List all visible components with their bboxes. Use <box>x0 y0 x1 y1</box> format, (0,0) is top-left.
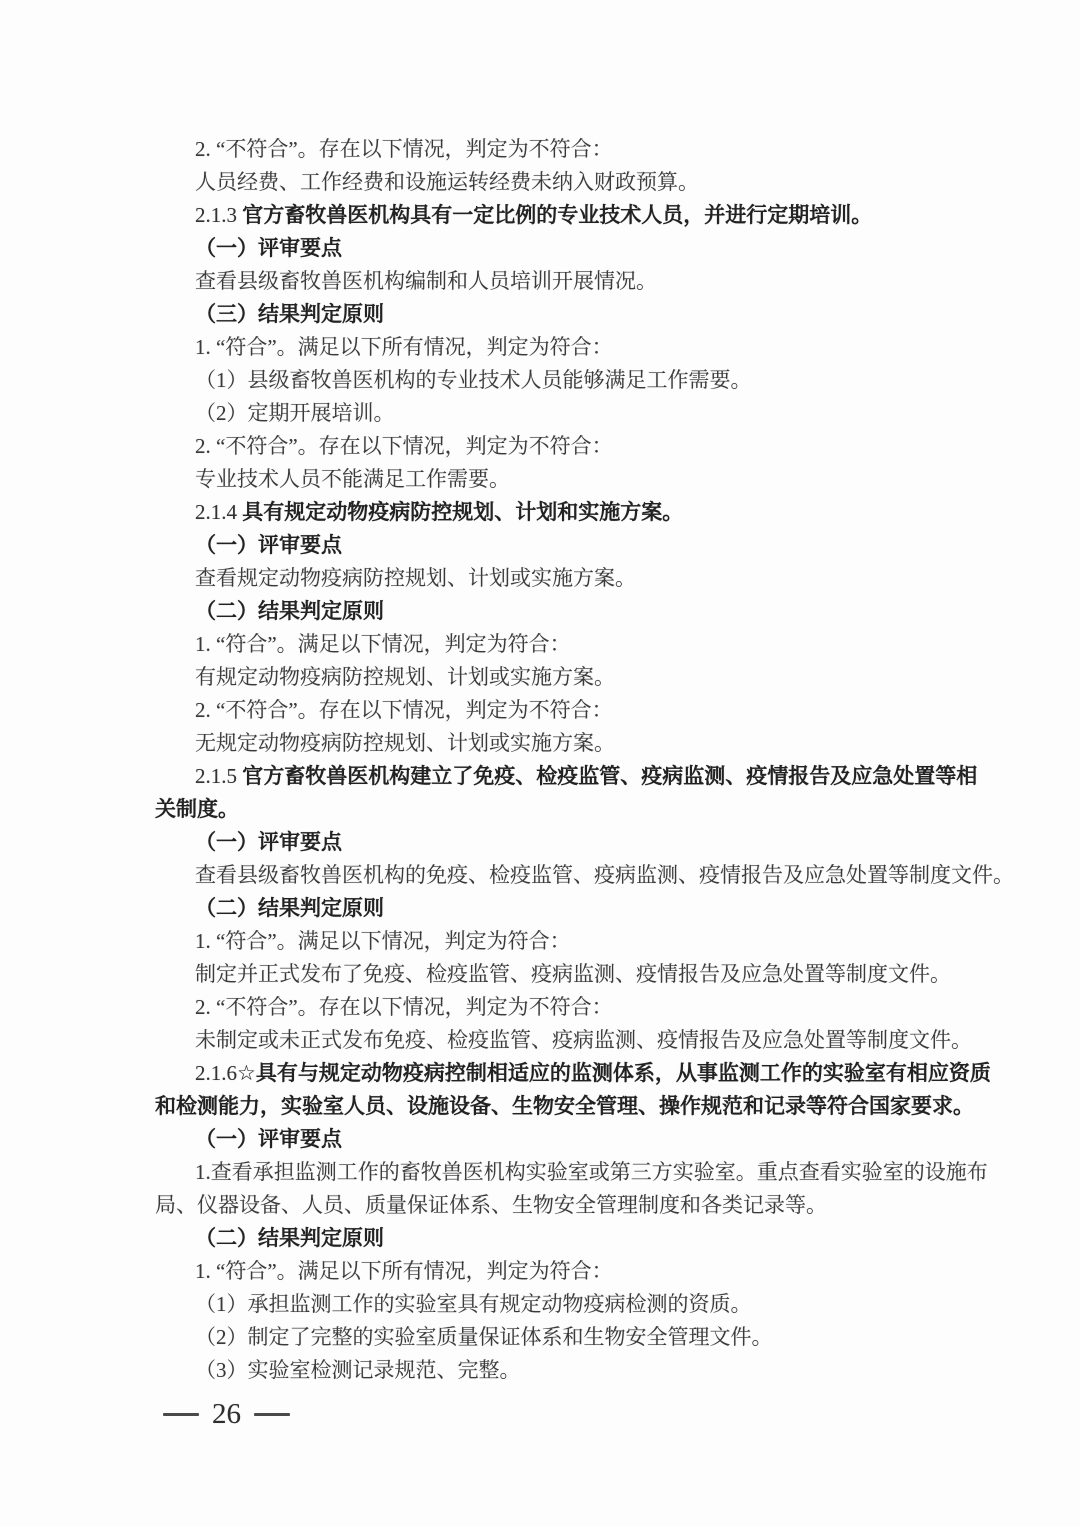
text-line: 局、仪器设备、人员、质量保证体系、生物安全管理制度和各类记录等。 <box>155 1189 945 1222</box>
item-number: 2.1.5 <box>195 764 242 788</box>
text-line: （二）结果判定原则 <box>155 892 945 925</box>
text-line: 1. “符合”。满足以下情况，判定为符合： <box>155 925 945 958</box>
text-line: 查看规定动物疫病防控规划、计划或实施方案。 <box>155 562 945 595</box>
text-line: （三）结果判定原则 <box>155 298 945 331</box>
item-title: 官方畜牧兽医机构具有一定比例的专业技术人员，并进行定期培训。 <box>242 204 872 227</box>
text-line: 未制定或未正式发布免疫、检疫监管、疫病监测、疫情报告及应急处置等制度文件。 <box>155 1024 945 1057</box>
item-title: 具有规定动物疫病防控规划、计划和实施方案。 <box>242 501 683 524</box>
text-line: 无规定动物疫病防控规划、计划或实施方案。 <box>155 727 945 760</box>
item-number: 2.1.4 <box>195 500 242 524</box>
document-body: 2. “不符合”。存在以下情况，判定为不符合：人员经费、工作经费和设施运转经费未… <box>155 133 945 1387</box>
text-line: 1. “符合”。满足以下所有情况，判定为符合： <box>155 331 945 364</box>
text-line: 2. “不符合”。存在以下情况，判定为不符合： <box>155 430 945 463</box>
text-line: （一）评审要点 <box>155 1123 945 1156</box>
text-line: 制定并正式发布了免疫、检疫监管、疫病监测、疫情报告及应急处置等制度文件。 <box>155 958 945 991</box>
text-line: （一）评审要点 <box>155 826 945 859</box>
text-line: （一）评审要点 <box>155 529 945 562</box>
text-line: 2. “不符合”。存在以下情况，判定为不符合： <box>155 694 945 727</box>
text-line: 和检测能力，实验室人员、设施设备、生物安全管理、操作规范和记录等符合国家要求。 <box>155 1090 945 1123</box>
text-line: 2. “不符合”。存在以下情况，判定为不符合： <box>155 991 945 1024</box>
text-line: （二）结果判定原则 <box>155 595 945 628</box>
text-line: 人员经费、工作经费和设施运转经费未纳入财政预算。 <box>155 166 945 199</box>
item-number: 2.1.6 <box>195 1061 237 1085</box>
text-line: 2.1.5 官方畜牧兽医机构建立了免疫、检疫监管、疫病监测、疫情报告及应急处置等… <box>155 760 945 793</box>
text-line: （2）定期开展培训。 <box>155 397 945 430</box>
document-page: 2. “不符合”。存在以下情况，判定为不符合：人员经费、工作经费和设施运转经费未… <box>0 0 1080 1527</box>
text-line: 1.查看承担监测工作的畜牧兽医机构实验室或第三方实验室。重点查看实验室的设施布 <box>155 1156 945 1189</box>
text-line: （3）实验室检测记录规范、完整。 <box>155 1354 945 1387</box>
page-number: 26 <box>212 1396 241 1432</box>
text-line: （2）制定了完整的实验室质量保证体系和生物安全管理文件。 <box>155 1321 945 1354</box>
item-number: 2.1.3 <box>195 203 242 227</box>
text-line: 1. “符合”。满足以下情况，判定为符合： <box>155 628 945 661</box>
text-line: （1）承担监测工作的实验室具有规定动物疫病检测的资质。 <box>155 1288 945 1321</box>
text-line: 有规定动物疫病防控规划、计划或实施方案。 <box>155 661 945 694</box>
text-line: 查看县级畜牧兽医机构的免疫、检疫监管、疫病监测、疫情报告及应急处置等制度文件。 <box>155 859 945 892</box>
text-line: 2.1.4 具有规定动物疫病防控规划、计划和实施方案。 <box>155 496 945 529</box>
footer-dash-left <box>163 1413 199 1416</box>
text-line: （一）评审要点 <box>155 232 945 265</box>
text-line: 1. “符合”。满足以下所有情况，判定为符合： <box>155 1255 945 1288</box>
page-footer: 26 <box>163 1396 290 1432</box>
text-line: 2. “不符合”。存在以下情况，判定为不符合： <box>155 133 945 166</box>
text-line: 专业技术人员不能满足工作需要。 <box>155 463 945 496</box>
text-line: （1）县级畜牧兽医机构的专业技术人员能够满足工作需要。 <box>155 364 945 397</box>
text-line: 2.1.3 官方畜牧兽医机构具有一定比例的专业技术人员，并进行定期培训。 <box>155 199 945 232</box>
text-line: 2.1.6☆具有与规定动物疫病控制相适应的监测体系，从事监测工作的实验室有相应资… <box>155 1057 945 1090</box>
text-line: 关制度。 <box>155 793 945 826</box>
text-line: （二）结果判定原则 <box>155 1222 945 1255</box>
text-line: 查看县级畜牧兽医机构编制和人员培训开展情况。 <box>155 265 945 298</box>
item-title: ☆具有与规定动物疫病控制相适应的监测体系，从事监测工作的实验室有相应资质 <box>237 1062 991 1085</box>
item-title: 官方畜牧兽医机构建立了免疫、检疫监管、疫病监测、疫情报告及应急处置等相 <box>242 765 977 788</box>
footer-dash-right <box>254 1413 290 1416</box>
